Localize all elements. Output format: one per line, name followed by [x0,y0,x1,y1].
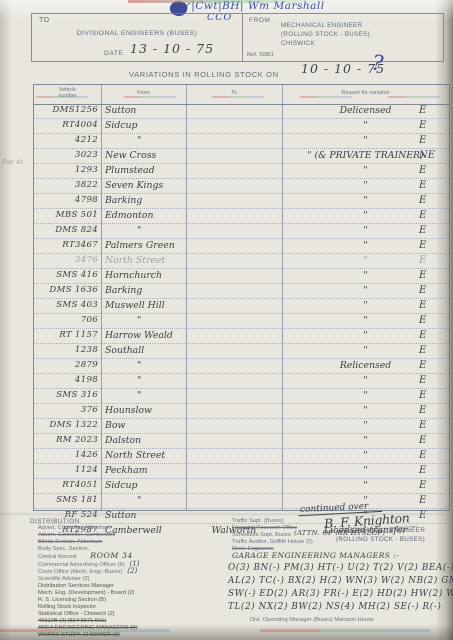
cell-code: E [419,254,447,268]
cell-to [186,479,282,493]
cell-from: Barking [105,194,187,208]
cell-vehicle: 1426 [34,449,98,463]
list-item-text: WORKS STUDY, CHISWICK (2) [38,632,120,638]
cell-to [186,239,282,253]
table-row: 1426North Street"E [34,449,449,464]
list-item: Blinds Section, Aldenham [38,539,228,546]
table-row: 4798Barking"E [34,194,449,209]
cell-from: Hounslow [105,404,187,418]
cell-from: Sidcup [105,479,187,493]
from-org-line3: CHISWICK [281,40,315,47]
from-label: FROM [249,17,270,24]
cell-from: Hornchurch [105,269,187,283]
cell-code: E [419,104,447,118]
table-row: 1124Peckham"E [34,464,449,479]
cell-vehicle: 1238 [34,344,98,358]
table-row: 3476North Street"E [34,254,449,269]
cell-code: E [419,494,447,508]
cell-code: E [419,389,447,403]
cell-code: E [419,359,447,373]
cell-to [186,119,282,133]
cell-vehicle: RT4004 [34,119,98,133]
cell-code: E [419,179,447,193]
table-row: 4212""E [34,134,449,149]
cell-to [186,254,282,268]
cell-from: Peckham [105,464,187,478]
list-item-text: AREA ENGINEERING MANAGERS (9) [38,625,137,631]
cell-code: E [419,299,447,313]
cell-code: E [419,479,447,493]
cell-from: Southall [105,344,187,358]
cell-code: E [419,404,447,418]
table-row: DMS 1322Bow"E [34,419,449,434]
margin-pencil-note: Pae 4c [2,158,24,166]
cell-code: E [419,374,447,388]
cell-vehicle: 706 [34,314,98,328]
date-handwritten: 13 - 10 - 75 [130,41,214,56]
cell-from: North Street [105,254,187,268]
cell-to [186,284,282,298]
table-row: 706""E [34,314,449,329]
scanned-form-page: ✓|Cwt|BH| Wm Marshall CCO TO DIVISIONAL … [0,0,453,640]
garage-code-line: O(3) BN(-) PM(3) HT(-) U(2) T(2) V(2) BE… [228,563,453,573]
table-row: RM 2023Dalston"E [34,434,449,449]
table-row: RT 1157Harrow Weald"E [34,329,449,344]
operating-manager-line: Divl. Operating Manager (Buses) Mansion … [250,617,374,623]
table-row: 2879"RelicensedE [34,359,449,374]
list-item: Rolling Stock Inspector [38,604,228,611]
cell-vehicle: RT4051 [34,479,98,493]
cell-from: Harrow Weald [105,329,187,343]
table-row: 3023New Cross" (& PRIVATE TRAINER)NE [34,149,449,164]
list-item: Costs Office (Mech. Engr.-Buses)(2) [38,568,228,576]
cell-vehicle: SMS 403 [34,299,98,313]
list-item: Distribution Services Manager [38,583,228,590]
list-item: WORKS STUDY, CHISWICK (2) [38,632,228,639]
cell-vehicle: 4212 [34,134,98,148]
list-item: Mech. Eng. (Development) - Board (2) [38,590,228,597]
variations-table: Vehicle number From To Reason for variat… [33,84,450,511]
table-row: 1238Southall"E [34,344,449,359]
list-item-text: Financial Research Office [232,525,297,531]
cell-to [186,134,282,148]
top-scribble-line1: ✓|Cwt|BH| Wm Marshall [182,0,325,12]
cell-vehicle: SMS 416 [34,269,98,283]
list-item-text: Mech. Eng. (Development) - Board (2) [38,590,134,596]
list-item-text: Traffic Auditor, Griffith House (2) [232,539,313,545]
cell-to [186,149,282,163]
table-row: 4198""E [34,374,449,389]
list-item-text: Advert. Controller, Aldenham [38,525,110,531]
cell-code: E [419,464,447,478]
cell-to [186,164,282,178]
cell-vehicle: DMS 1636 [34,284,98,298]
list-item: Scientific Adviser (2) [38,576,228,583]
cell-code: E [419,134,447,148]
list-item-text: Advert. Controller, Camberwell [38,532,115,538]
cell-vehicle: RT 1157 [34,329,98,343]
cell-vehicle: 4798 [34,194,98,208]
cell-vehicle: 1124 [34,464,98,478]
cell-to [186,299,282,313]
cell-vehicle: RM 2023 [34,434,98,448]
distribution-heading: DISTRIBUTION [30,518,228,525]
from-org-line2: (ROLLING STOCK - BUSES) [281,31,370,38]
cell-vehicle: 1293 [34,164,98,178]
garage-code-line: TL(2) NX(2) BW(2) NS(4) MH(2) SE(-) R(-) [228,602,441,612]
cell-from: Sutton [105,104,187,118]
cell-code: E [419,314,447,328]
cell-from: Sidcup [105,119,187,133]
cell-from: Muswell Hill [105,299,187,313]
col-header-vehicle-l2: number [34,94,101,100]
cell-to [186,359,282,373]
list-item: Advert. Controller, Camberwell [38,532,228,539]
garage-managers-heading: GARAGE ENGINEERING MANAGERS :- [232,551,399,560]
list-item-text: Scientific Adviser (2) [38,576,90,582]
ref-number: Ref. 508/1 [247,52,274,58]
cell-code: E [419,269,447,283]
cell-vehicle: 4198 [34,374,98,388]
header-box-divider [242,14,243,61]
from-org-line1: MECHANICAL ENGINEER [281,22,362,29]
cell-to [186,419,282,433]
cell-from: Plumstead [105,164,187,178]
garage-code-line: SW(-) ED(2) AR(3) FR(-) E(2) HD(2) HW(2)… [228,589,453,599]
cell-to [186,494,282,508]
cell-code: E [419,329,447,343]
cell-code: E [419,239,447,253]
list-item-text: Schedules Supt. Buses [232,532,291,538]
cell-to [186,329,282,343]
distribution-left-list: Advert. Controller, AldenhamAdvert. Cont… [30,525,228,639]
handwritten-note: (2) [127,567,137,575]
list-item: Advert. Controller, Aldenham [38,525,228,532]
col-header-to: To [186,91,282,97]
cell-from: Palmers Green [105,239,187,253]
table-body: DMS1256SuttonDelicensedERT4004Sidcup"E42… [34,104,449,538]
cell-from: Edmonton [105,209,187,223]
cell-code: E [419,284,447,298]
cell-to [186,434,282,448]
cell-code: E [419,119,447,133]
cell-code: E [419,449,447,463]
table-row: RT4004Sidcup"E [34,119,449,134]
cell-code: E [419,419,447,433]
handwritten-note: (1) [130,560,140,568]
cell-to [186,449,282,463]
cell-to [186,389,282,403]
date-label: DATE [104,50,124,57]
list-item: Body Spec. Section, [38,546,228,553]
cell-from: North Street [105,449,187,463]
cell-vehicle: DMS 1322 [34,419,98,433]
list-item-text: Rolling Stock Inspector [38,604,96,610]
table-row: SMS 316""E [34,389,449,404]
list-item-text: Commercial Advertising Officer (6) [38,562,125,568]
cell-code: E [419,224,447,238]
table-row: MBS 501Edmonton"E [34,209,449,224]
table-row: DMS 824""E [34,224,449,239]
cell-from: New Cross [105,149,187,163]
cell-from: Seven Kings [105,179,187,193]
cell-code: NE [419,149,447,163]
cell-to [186,194,282,208]
list-item-text: R. S. Licensing Section (B) [38,597,106,603]
recipient-name: DIVISIONAL ENGINEERS (BUSES) [32,30,242,37]
cell-code: E [419,209,447,223]
table-header: Vehicle number From To Reason for variat… [34,85,449,105]
col-header-reason: Reason for variation [282,91,449,97]
list-item-text: Statistical Office - Chiswick (2) [38,611,115,617]
garage-code-line: AL(2) TC(-) BX(2) H(2) WN(3) W(2) NB(2) … [228,576,453,586]
table-row: SMS 403Muswell Hill"E [34,299,449,314]
cell-vehicle: 3822 [34,179,98,193]
table-row: SMS 181""E [34,494,449,509]
cell-to [186,224,282,238]
cell-from: Barking [105,284,187,298]
table-row: 3822Seven Kings"E [34,179,449,194]
table-row: RT3467Palmers Green"E [34,239,449,254]
list-item-text: Central Record [38,554,76,560]
list-item-text: Blinds Section, Aldenham [38,539,103,545]
table-row: 376Hounslow"E [34,404,449,419]
distribution-mid-block: Traffic Supt. (Buses)Financial Research … [232,518,453,628]
list-item-text: Body Spec. Section, [38,546,89,552]
distribution-block: DISTRIBUTION Advert. Controller, Aldenha… [30,518,228,639]
cell-vehicle: 376 [34,404,98,418]
cell-to [186,344,282,358]
cell-to [186,404,282,418]
list-item: AREA ENGINEERING MANAGERS (9) [38,625,228,632]
list-item-text: Costs Office (Mech. Engr.-Buses) [38,569,122,575]
handwritten-note: ROOM 34 [90,551,133,560]
table-row: 1293Plumstead"E [34,164,449,179]
col-header-from: From [101,91,186,97]
cell-from: Dalston [105,434,187,448]
cell-to [186,209,282,223]
cell-vehicle: 2879 [34,359,98,373]
table-row: DMS 1636Barking"E [34,284,449,299]
cell-vehicle: SMS 181 [34,494,98,508]
signature-block: B. F. Knighton MECHANICAL ENGINEER (ROLL… [322,512,452,530]
table-row: RT4051Sidcup"E [34,479,449,494]
list-item-text: Distribution Services Manager [38,583,114,589]
cell-vehicle: SMS 316 [34,389,98,403]
list-item: Statistical Office - Chiswick (2) [38,611,228,618]
page-title: VARIATIONS IN ROLLING STOCK ON [129,70,279,79]
cell-to [186,104,282,118]
table-row: DMS1256SuttonDelicensedE [34,104,449,119]
cell-from: Bow [105,419,187,433]
table-row: SMS 416Hornchurch"E [34,269,449,284]
cell-vehicle: 3023 [34,149,98,163]
cell-vehicle: MBS 501 [34,209,98,223]
cell-to [186,179,282,193]
list-item: R. S. Licensing Section (B) [38,597,228,604]
cell-vehicle: DMS 824 [34,224,98,238]
cell-code: E [419,194,447,208]
cell-to [186,464,282,478]
list-item-text: Traffic Supt. (Buses) [232,518,284,524]
to-label: TO [39,17,50,24]
cell-to [186,269,282,283]
cell-code: E [419,344,447,358]
cell-code: E [419,164,447,178]
list-item-text: 40312B (2) (504 6571 501) [38,618,106,624]
cell-vehicle: RT3467 [34,239,98,253]
signature-title2: (ROLLING STOCK - BUSES) [336,536,425,543]
cell-to [186,374,282,388]
cell-vehicle: 3476 [34,254,98,268]
signature-title1: MECHANICAL ENGINEER [342,527,425,534]
cell-vehicle: DMS1256 [34,104,98,118]
cell-code: E [419,434,447,448]
col-header-vehicle: Vehicle number [34,88,101,100]
list-item: 40312B (2) (504 6571 501) [38,618,228,625]
cell-to [186,314,282,328]
